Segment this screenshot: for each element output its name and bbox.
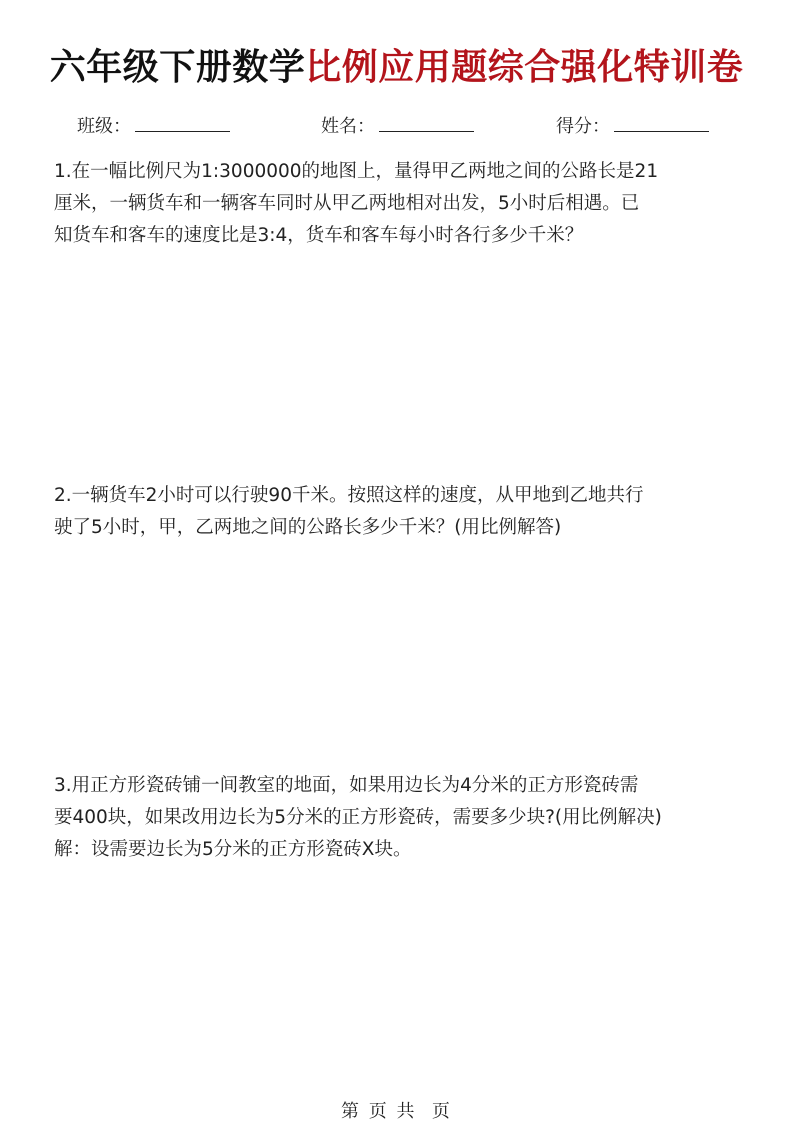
question-line: 1.在一幅比例尺为1:3000000的地图上，量得甲乙两地之间的公路长是21 xyxy=(54,156,754,188)
question-3: 3.用正方形瓷砖铺一间教室的地面，如果用边长为4分米的正方形瓷砖需 要400块，… xyxy=(54,770,754,866)
name-blank[interactable] xyxy=(379,113,474,132)
question-line: 2.一辆货车2小时可以行驶90千米。按照这样的速度，从甲地到乙地共行 xyxy=(54,480,754,512)
question-line: 知货车和客车的速度比是3:4，货车和客车每小时各行多少千米？ xyxy=(54,220,754,252)
title-grade-part: 六年级下册数学 xyxy=(50,47,306,88)
question-line: 要400块，如果改用边长为5分米的正方形瓷砖，需要多少块?(用比例解决) xyxy=(54,802,754,834)
question-line: 解：设需要边长为5分米的正方形瓷砖X块。 xyxy=(54,834,754,866)
page-title: 六年级下册数学比例应用题综合强化特训卷 xyxy=(0,40,793,96)
name-label: 姓名： xyxy=(321,116,375,137)
question-line: 3.用正方形瓷砖铺一间教室的地面，如果用边长为4分米的正方形瓷砖需 xyxy=(54,770,754,802)
class-field: 班级： xyxy=(77,112,230,138)
name-field: 姓名： xyxy=(321,112,474,138)
class-blank[interactable] xyxy=(135,113,230,132)
question-line: 厘米，一辆货车和一辆客车同时从甲乙两地相对出发，5小时后相遇。已 xyxy=(54,188,754,220)
title-topic-part: 比例应用题综合强化特训卷 xyxy=(305,47,743,88)
score-field: 得分： xyxy=(556,112,709,138)
student-info-row: 班级： 姓名： 得分： xyxy=(0,112,793,142)
score-blank[interactable] xyxy=(614,113,709,132)
score-label: 得分： xyxy=(556,116,610,137)
class-label: 班级： xyxy=(77,116,131,137)
question-1: 1.在一幅比例尺为1:3000000的地图上，量得甲乙两地之间的公路长是21 厘… xyxy=(54,156,754,252)
question-line: 驶了5小时，甲，乙两地之间的公路长多少千米？(用比例解答) xyxy=(54,512,754,544)
page-number-footer: 第 页 共 页 xyxy=(0,1097,793,1122)
question-2: 2.一辆货车2小时可以行驶90千米。按照这样的速度，从甲地到乙地共行 驶了5小时… xyxy=(54,480,754,544)
